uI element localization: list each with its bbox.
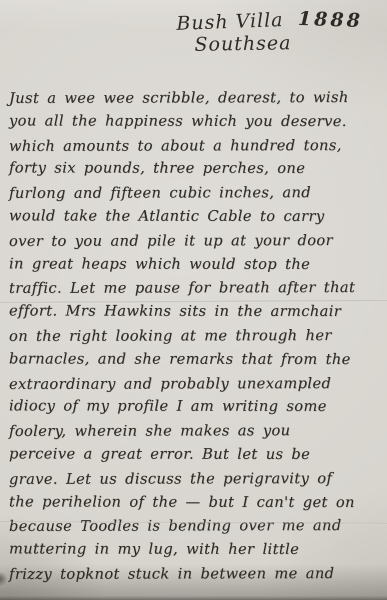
letterhead-place-line2: Southsea <box>163 32 323 57</box>
letter-line: effort. Mrs Hawkins sits in the armchair <box>9 300 381 324</box>
letter-line: you all the happiness which you deserve. <box>9 109 381 133</box>
letter-line: the perihelion of the — but I can't get … <box>9 490 381 514</box>
letter-line: idiocy of my profile I am writing some <box>9 395 381 419</box>
letter-line: in great heaps which would stop the <box>9 252 381 276</box>
letter-line: extraordinary and probably unexampled <box>9 371 381 396</box>
letter-line: foolery, wherein she makes as you <box>9 419 381 444</box>
letter-line: muttering in my lug, with her little <box>9 538 381 562</box>
letter-line: would take the Atlantic Cable to carry <box>9 204 381 228</box>
letter-line: barnacles, and she remarks that from the <box>9 347 381 371</box>
letter-line: because Toodles is bending over me and <box>9 514 381 539</box>
letter-line: forty six pounds, three perches, one <box>9 157 381 181</box>
paper-smudge <box>0 572 7 586</box>
letter-line: over to you and pile it up at your door <box>9 229 381 254</box>
letter-page: Bush Villa 1888 Southsea Just a wee wee … <box>0 0 387 600</box>
letter-line: grave. Let us discuss the perigravity of <box>9 467 381 492</box>
letterhead-year: 1888 <box>298 8 364 32</box>
letter-line: on the right looking at me through her <box>9 324 381 349</box>
letter-line: furlong and fifteen cubic inches, and <box>9 181 381 206</box>
letter-line: Just a wee wee scribble, dearest, to wis… <box>9 86 381 111</box>
letter-body: Just a wee wee scribble, dearest, to wis… <box>9 86 381 586</box>
letter-line: frizzy topknot stuck in between me and <box>9 562 381 587</box>
letter-line: which amounts to about a hundred tons, <box>9 134 381 159</box>
letter-line: perceive a great error. But let us be <box>9 442 381 466</box>
letter-line: traffic. Let me pause for breath after t… <box>9 276 381 301</box>
